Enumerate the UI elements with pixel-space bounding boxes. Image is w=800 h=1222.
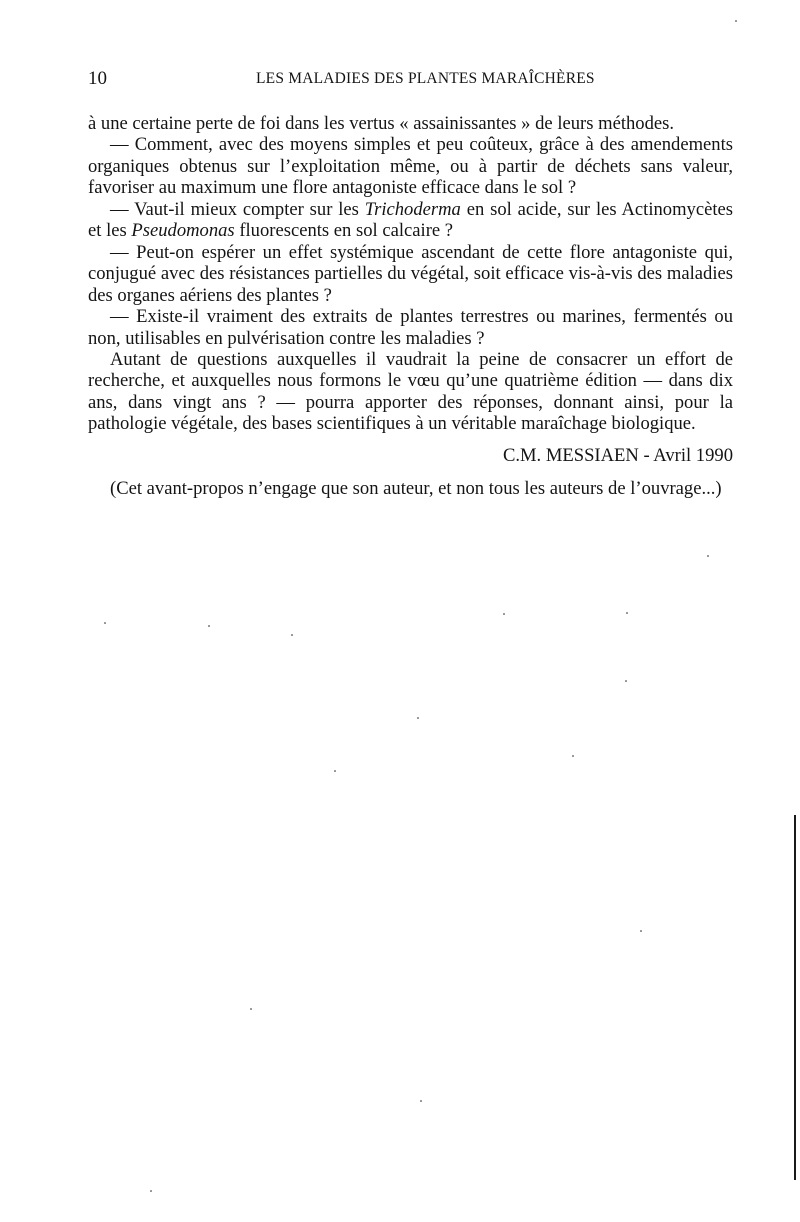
scan-speck xyxy=(572,755,574,757)
taxon-name: Pseudomonas xyxy=(131,220,234,241)
paragraph-conclusion: Autant de questions auxquelles il vaudra… xyxy=(88,349,733,435)
scan-speck xyxy=(625,680,627,682)
scan-speck xyxy=(104,622,106,624)
scan-speck xyxy=(150,1190,152,1192)
scan-speck xyxy=(417,717,419,719)
paragraph-question-systemic: — Peut-on espérer un effet systémique as… xyxy=(88,242,733,306)
paragraph-continuation: à une certaine perte de foi dans les ver… xyxy=(88,113,733,134)
scan-speck xyxy=(420,1100,422,1102)
text-run: Autant de questions auxquelles il vaudra… xyxy=(88,349,733,434)
scan-speck xyxy=(707,555,709,557)
body-text: à une certaine perte de foi dans les ver… xyxy=(88,113,733,500)
paragraph-question-amendements: — Comment, avec des moyens simples et pe… xyxy=(88,134,733,198)
scan-speck xyxy=(334,770,336,772)
text-run: — Existe-il vraiment des extraits de pla… xyxy=(88,306,733,348)
scan-speck xyxy=(503,613,505,615)
scan-speck xyxy=(291,634,293,636)
taxon-name: Trichoderma xyxy=(365,199,461,220)
scan-speck xyxy=(640,930,642,932)
scan-speck xyxy=(735,20,737,22)
running-head: 10 LES MALADIES DES PLANTES MARAÎCHÈRES xyxy=(88,68,733,92)
text-run: — Comment, avec des moyens simples et pe… xyxy=(88,134,733,198)
text-run: fluorescents en sol calcaire ? xyxy=(235,220,453,241)
paragraph-question-trichoderma: — Vaut-il mieux compter sur les Trichode… xyxy=(88,199,733,242)
text-run: — Vaut-il mieux compter sur les xyxy=(110,199,365,220)
scan-edge-line xyxy=(794,815,796,1180)
signature: C.M. MESSIAEN - Avril 1990 xyxy=(88,445,733,466)
scan-speck xyxy=(250,1008,252,1010)
author-note: (Cet avant-propos n’engage que son auteu… xyxy=(88,478,733,499)
text-run: à une certaine perte de foi dans les ver… xyxy=(88,113,674,134)
page-number: 10 xyxy=(88,68,107,90)
scan-speck xyxy=(208,625,210,627)
text-run: — Peut-on espérer un effet systémique as… xyxy=(88,242,733,306)
scan-speck xyxy=(626,612,628,614)
paragraph-question-extracts: — Existe-il vraiment des extraits de pla… xyxy=(88,306,733,349)
running-title: LES MALADIES DES PLANTES MARAÎCHÈRES xyxy=(256,70,595,88)
